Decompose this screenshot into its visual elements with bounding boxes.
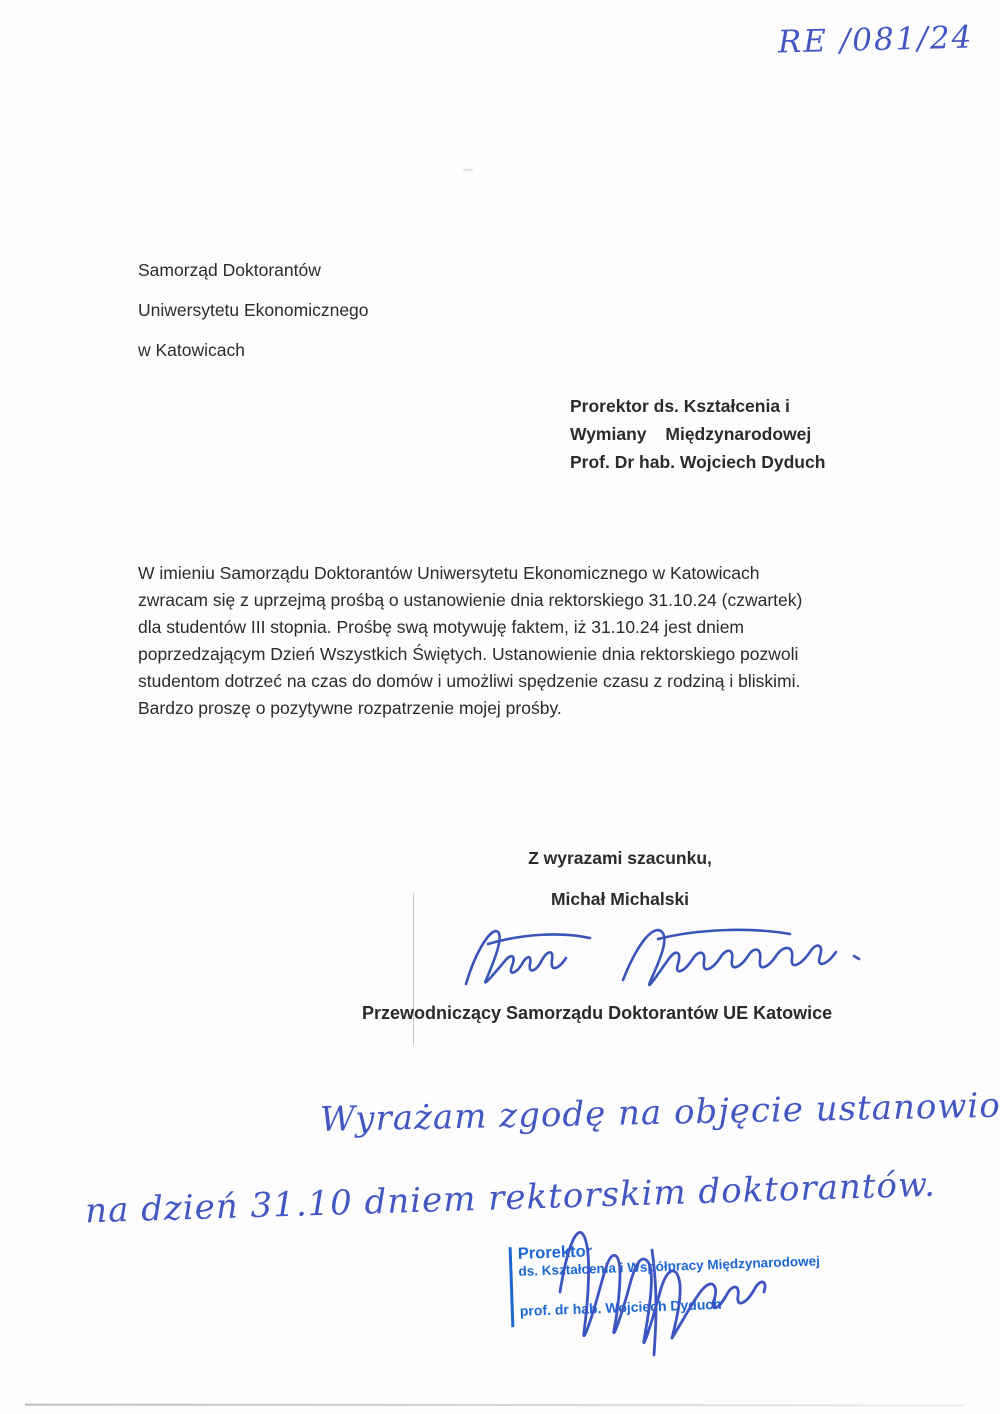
rector-signature-scribble-icon	[548, 1222, 778, 1357]
scanned-letter-page: RE /081/24 Samorząd Doktorantów Uniwersy…	[0, 0, 1000, 1414]
approval-note-line-1: Wyrażam zgodę na objęcie ustanowionym	[320, 1084, 1000, 1140]
sender-line-2: Uniwersytetu Ekonomicznego	[138, 290, 369, 330]
recipient-block: Prorektor ds. Kształcenia i Wymiany Międ…	[570, 392, 825, 476]
body-line-3: dla studentów III stopnia. Prośbę swą mo…	[138, 614, 878, 641]
sender-line-3: w Katowicach	[138, 330, 369, 370]
recipient-line-2: Wymiany Międzynarodowej	[570, 420, 825, 448]
signer-name: Michał Michalski	[455, 889, 785, 910]
body-line-6: Bardzo proszę o pozytywne rozpatrzenie m…	[138, 695, 878, 722]
sender-line-1: Samorząd Doktorantów	[138, 250, 369, 290]
closing-salutation: Z wyrazami szacunku,	[455, 848, 785, 869]
recipient-line-3: Prof. Dr hab. Wojciech Dyduch	[570, 448, 825, 476]
closing-block: Z wyrazami szacunku, Michał Michalski	[455, 848, 785, 910]
scan-artifact-bottom-line	[25, 1404, 965, 1407]
stamp-left-bar	[509, 1247, 515, 1327]
reference-number-handwritten: RE /081/24	[778, 19, 974, 60]
body-line-2: zwracam się z uprzejmą prośbą o ustanowi…	[138, 587, 878, 614]
scan-artifact-dash	[463, 169, 473, 171]
signer-title: Przewodniczący Samorządu Doktorantów UE …	[362, 1003, 832, 1024]
body-line-5: studentom dotrzeć na czas do domów i umo…	[138, 668, 878, 695]
letter-body: W imieniu Samorządu Doktorantów Uniwersy…	[138, 560, 878, 722]
signature-scribble-icon	[458, 922, 878, 994]
sender-block: Samorząd Doktorantów Uniwersytetu Ekonom…	[138, 250, 369, 370]
recipient-line-1: Prorektor ds. Kształcenia i	[570, 392, 825, 420]
body-line-1: W imieniu Samorządu Doktorantów Uniwersy…	[138, 560, 878, 587]
approval-note-line-2: na dzień 31.10 dniem rektorskim doktoran…	[85, 1165, 937, 1232]
body-line-4: poprzedzającym Dzień Wszystkich Świętych…	[138, 641, 878, 668]
